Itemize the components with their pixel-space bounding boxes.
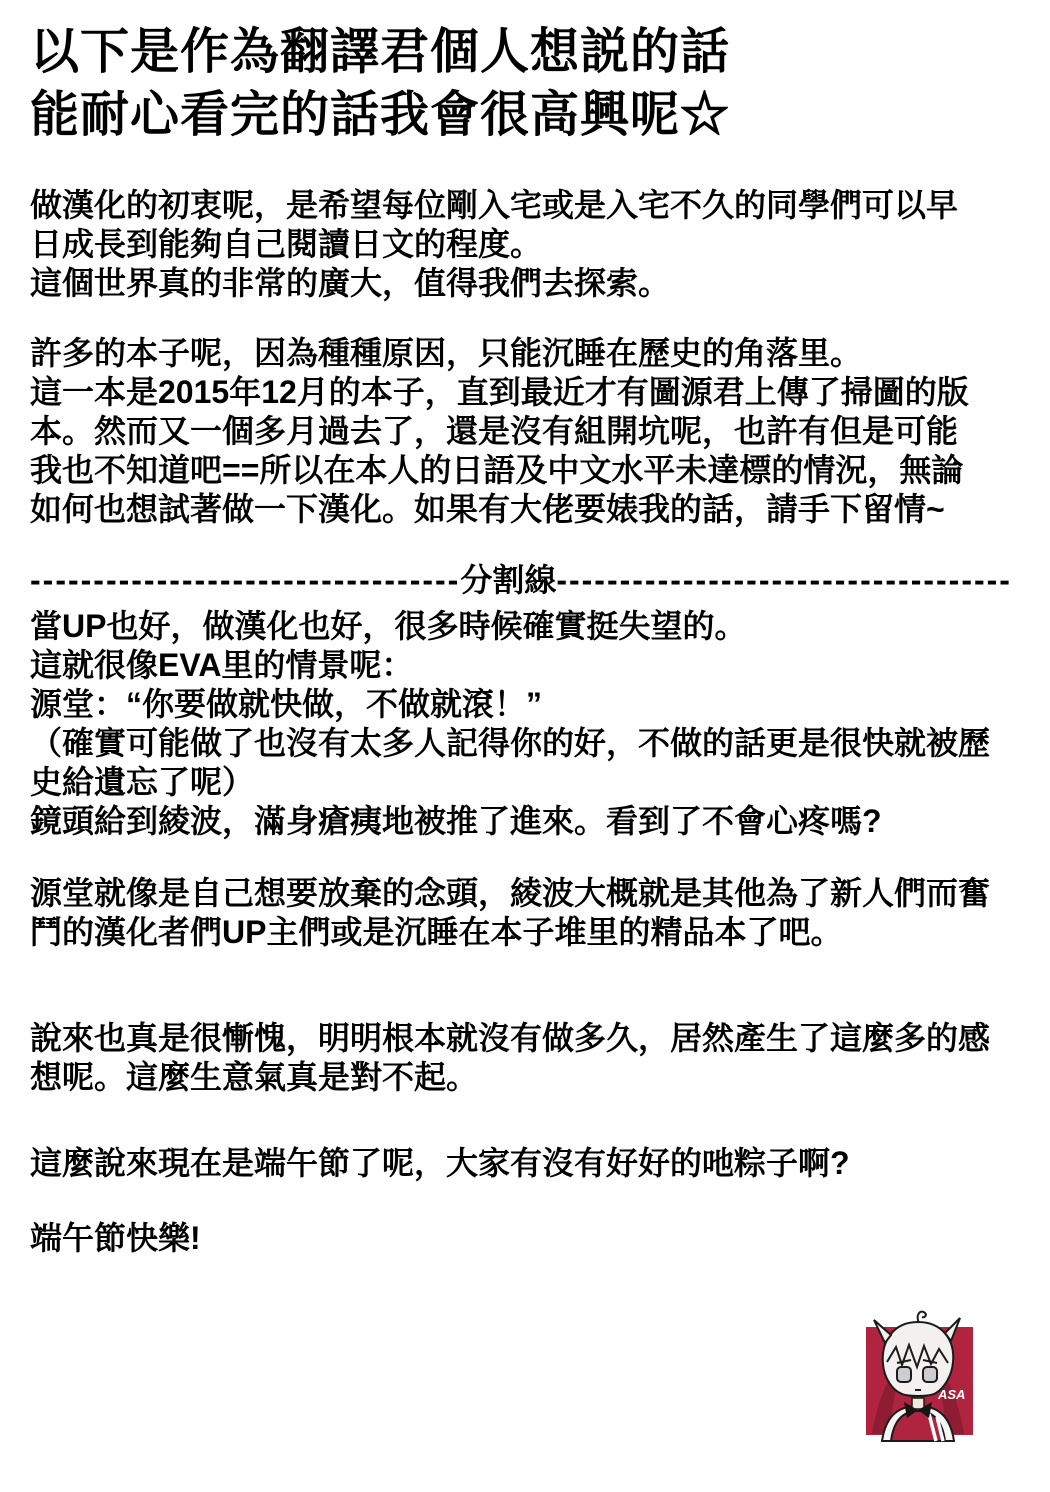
mascot-eye-left	[897, 1367, 911, 1382]
mascot-hair	[883, 1322, 953, 1396]
paragraph-dragon-boat-festival: 這麼說來現在是端午節了呢，大家有沒有好好的吔粽子啊?	[30, 1144, 1022, 1183]
text-line: 源堂：“你要做就快做，不做就滾！”	[30, 685, 1022, 724]
text-line: 鬥的漢化者們UP主們或是沉睡在本子堆里的精品本了吧。	[30, 913, 1022, 952]
text-line: 這個世界真的非常的廣大，值得我們去探索。	[30, 264, 1022, 303]
text-line: 端午節快樂!	[30, 1219, 1022, 1258]
mascot-eye-right	[923, 1367, 937, 1382]
text-line: 想呢。這麼生意氣真是對不起。	[30, 1058, 1022, 1097]
divider-label: 分割線	[460, 562, 556, 598]
paragraph-reflection: 說來也真是很慚愧，明明根本就沒有做多久，居然產生了這麼多的感 想呢。這麼生意氣真…	[30, 1019, 1022, 1097]
text-line: 本。然而又一個多月過去了，還是沒有組開坑呢，也許有但是可能	[30, 412, 1022, 451]
text-line: 源堂就像是自己想要放棄的念頭，綾波大概就是其他為了新人們而奮	[30, 874, 1022, 913]
page-title-line-2: 能耐心看完的話我會很高興呢☆	[30, 83, 1022, 146]
text-line: （確實可能做了也沒有太多人記得你的好，不做的話更是很快就被歷	[30, 724, 1022, 763]
mascot-badge: ASA	[858, 1308, 978, 1442]
text-line: 這一本是2015年12月的本子，直到最近才有圖源君上傳了掃圖的版	[30, 373, 1022, 412]
section-divider: ----------------------------------分割線---…	[30, 561, 1022, 600]
translator-note-page: 以下是作為翻譯君個人想説的話 能耐心看完的話我會很高興呢☆ 做漢化的初衷呢，是希…	[0, 0, 1050, 1492]
divider-dashes-left: ----------------------------------	[30, 562, 460, 598]
paragraph-eva-analogy: 當UP也好，做漢化也好，很多時候確實挺失望的。 這就很像EVA里的情景呢： 源堂…	[30, 607, 1022, 841]
page-content: 以下是作為翻譯君個人想説的話 能耐心看完的話我會很高興呢☆ 做漢化的初衷呢，是希…	[0, 0, 1050, 1258]
text-line: 說來也真是很慚愧，明明根本就沒有做多久，居然產生了這麼多的感	[30, 1019, 1022, 1058]
page-title: 以下是作為翻譯君個人想説的話 能耐心看完的話我會很高興呢☆	[30, 20, 1022, 146]
text-line: 這麼說來現在是端午節了呢，大家有沒有好好的吔粽子啊?	[30, 1144, 1022, 1183]
text-line: 如何也想試著做一下漢化。如果有大佬要婊我的話，請手下留情~	[30, 490, 1022, 529]
mascot-illustration: ASA	[858, 1308, 978, 1442]
divider-dashes-right: ------------------------------------	[556, 562, 1012, 598]
mascot-neck	[912, 1398, 924, 1409]
paragraph-gendo-rei-metaphor: 源堂就像是自己想要放棄的念頭，綾波大概就是其他為了新人們而奮 鬥的漢化者們UP主…	[30, 874, 1022, 952]
paragraph-intro: 做漢化的初衷呢，是希望每位剛入宅或是入宅不久的同學們可以早 日成長到能夠自己閱讀…	[30, 186, 1022, 303]
text-line: 鏡頭給到綾波，滿身瘡痍地被推了進來。看到了不會心疼嗎?	[30, 802, 1022, 841]
paragraph-book-history: 許多的本子呢，因為種種原因，只能沉睡在歷史的角落里。 這一本是2015年12月的…	[30, 334, 1022, 529]
paragraph-festival-greeting: 端午節快樂!	[30, 1219, 1022, 1258]
text-line: 當UP也好，做漢化也好，很多時候確實挺失望的。	[30, 607, 1022, 646]
mascot-watermark: ASA	[937, 1387, 965, 1402]
text-line: 許多的本子呢，因為種種原因，只能沉睡在歷史的角落里。	[30, 334, 1022, 373]
text-line: 我也不知道吧==所以在本人的日語及中文水平未達標的情況，無論	[30, 451, 1022, 490]
text-line: 做漢化的初衷呢，是希望每位剛入宅或是入宅不久的同學們可以早	[30, 186, 1022, 225]
text-line: 日成長到能夠自己閱讀日文的程度。	[30, 225, 1022, 264]
text-line: 這就很像EVA里的情景呢：	[30, 646, 1022, 685]
text-line: 史給遺忘了呢）	[30, 763, 1022, 802]
page-title-line-1: 以下是作為翻譯君個人想説的話	[30, 20, 1022, 83]
